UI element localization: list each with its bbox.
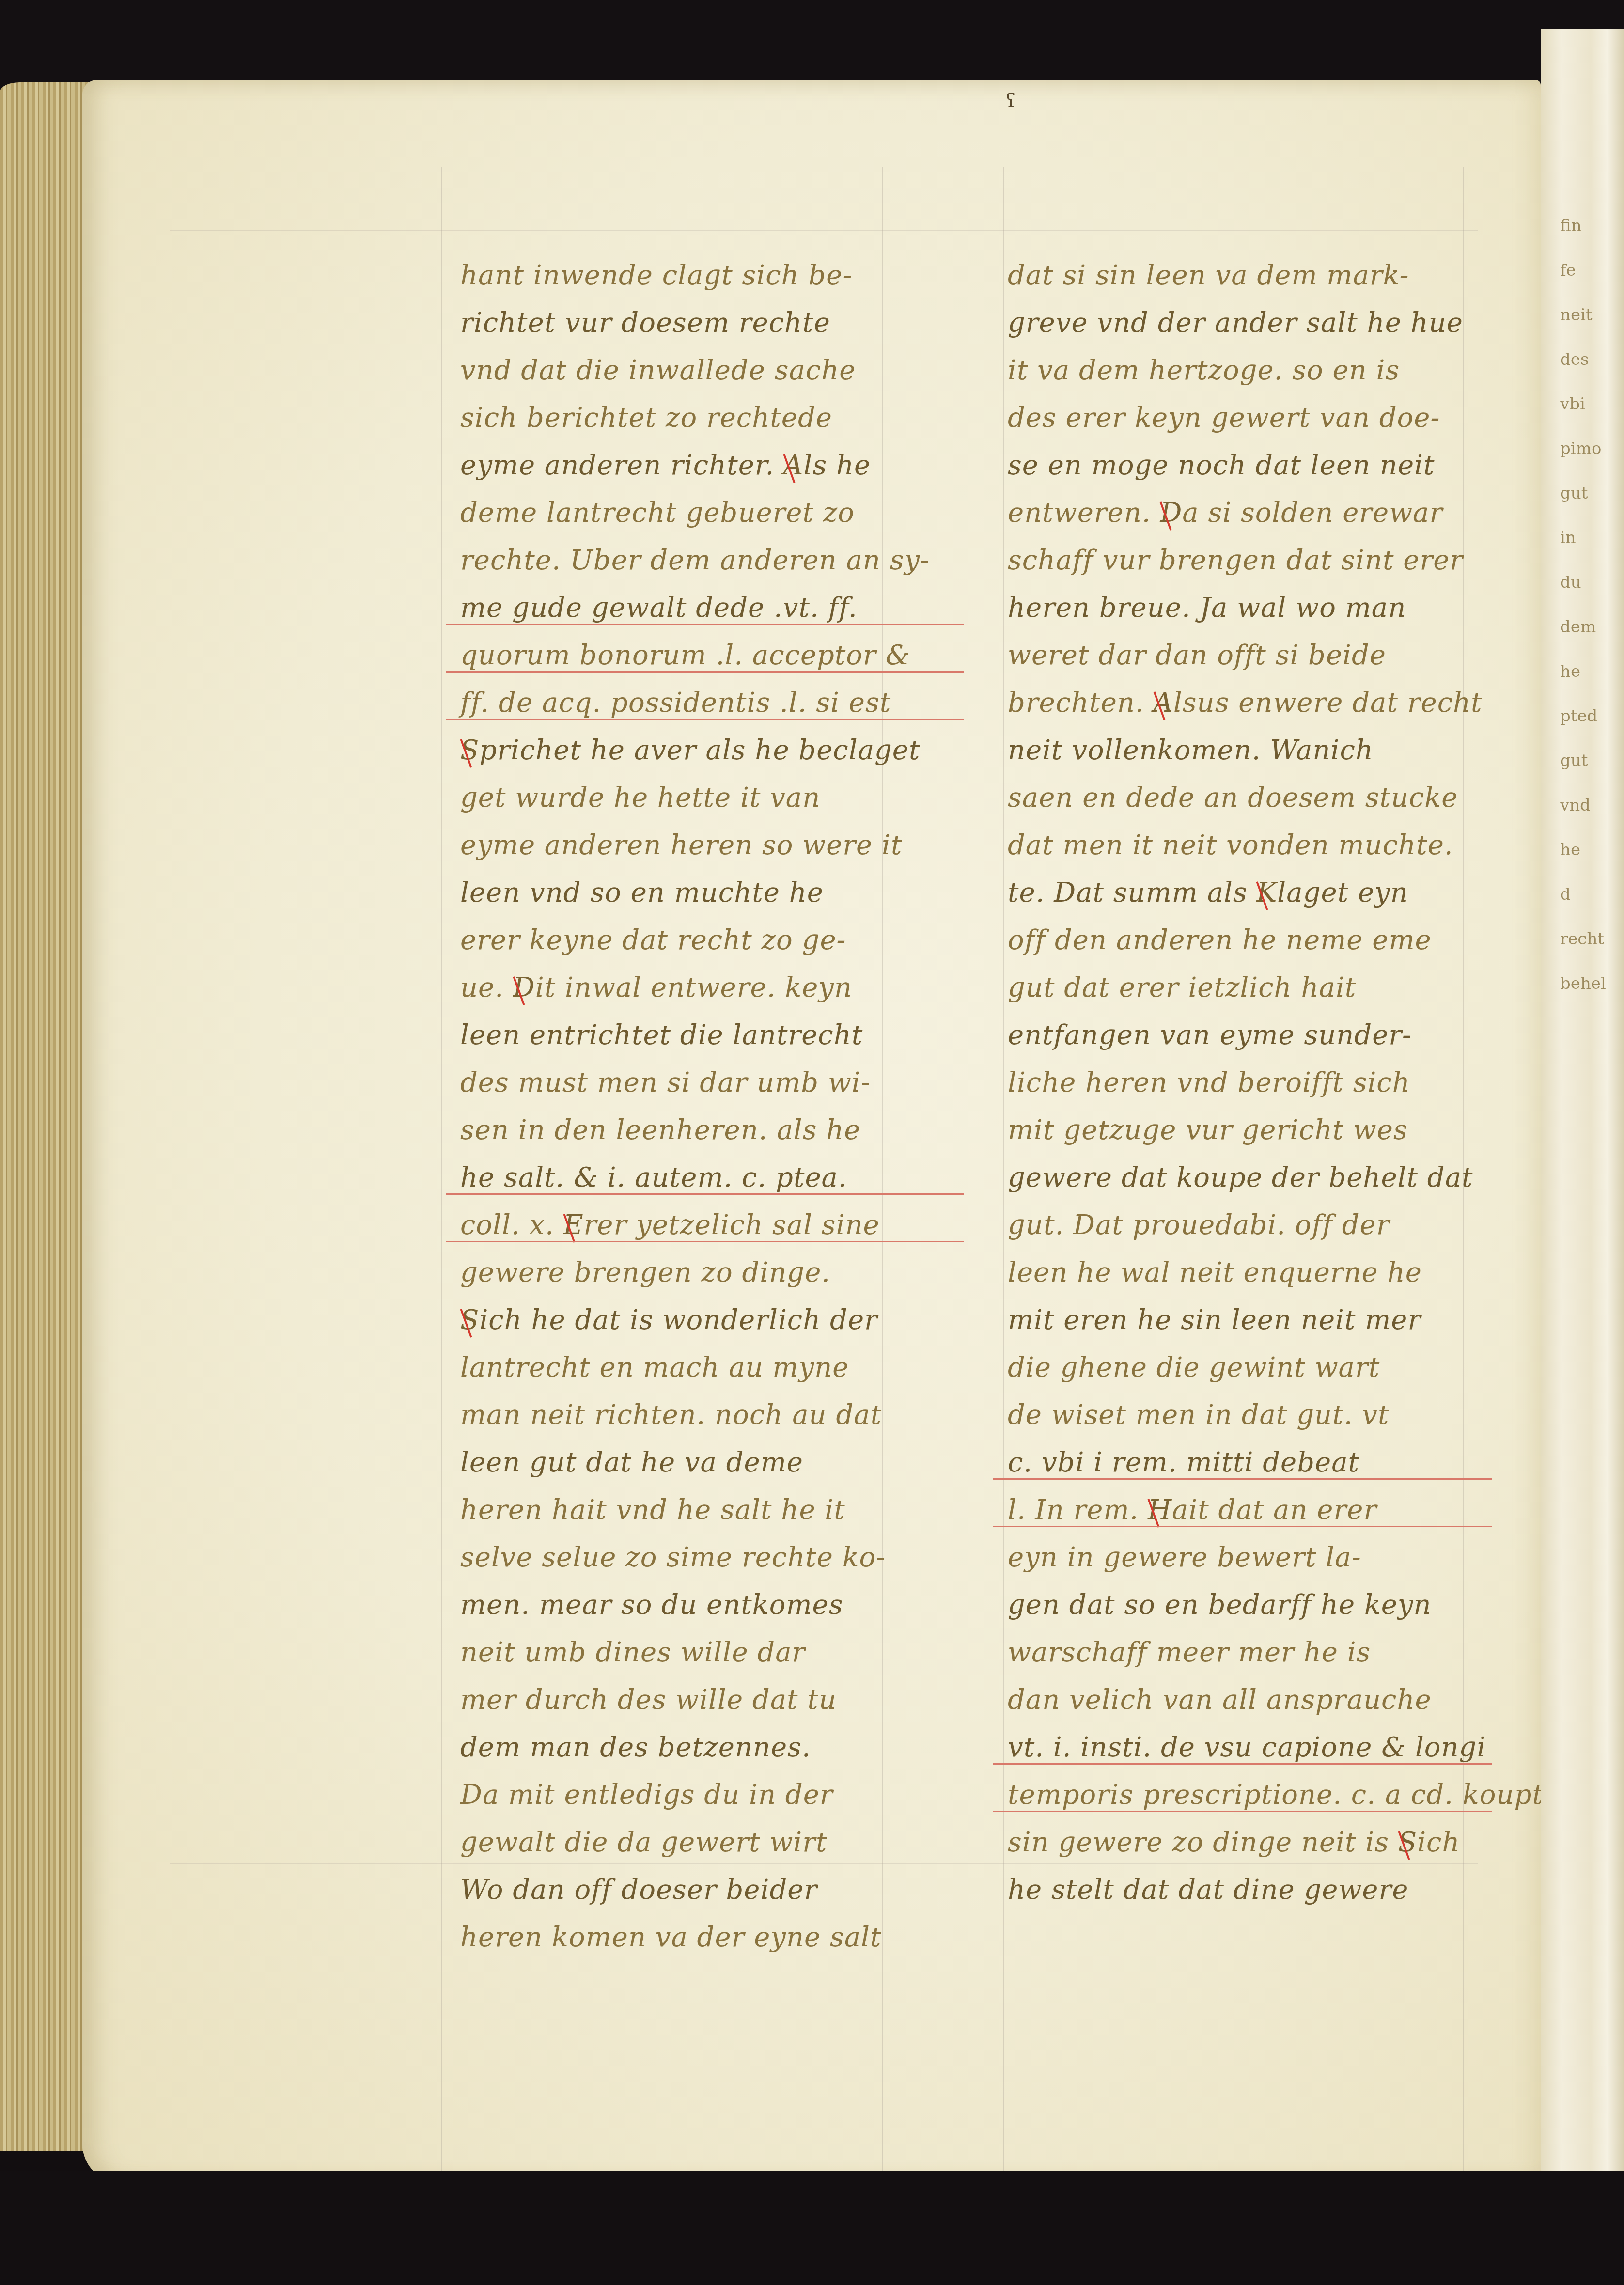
text-line: heren breue. Ja wal wo man [1008, 584, 1473, 632]
text-line: coll. x. Erer yetzelich sal sine [460, 1202, 945, 1249]
text-line: neit umb dines wille dar [460, 1629, 945, 1676]
text-line: sich berichtet zo rechtede [460, 394, 945, 442]
catchword-mark: ʕ [1005, 90, 1015, 112]
rubricated-initial: D [513, 972, 535, 1003]
text-line: gewalt die da gewert wirt [460, 1819, 945, 1866]
text-line: deme lantrecht gebueret zo [460, 489, 945, 537]
text-line: mit getzuge vur gericht wes [1008, 1107, 1473, 1154]
text-line: gut dat erer ietzlich hait [1008, 964, 1473, 1012]
text-line: entweren. Da si solden erewar [1008, 489, 1473, 537]
text-line: leen vnd so en muchte he [460, 869, 945, 917]
text-line: Da mit entledigs du in der [460, 1771, 945, 1819]
text-line: ue. Dit inwal entwere. keyn [460, 964, 945, 1012]
text-line: eyme anderen heren so were it [460, 822, 945, 869]
text-line: de wiset men in dat gut. vt [1008, 1392, 1473, 1439]
adjacent-leaf-word: vnd [1560, 783, 1594, 828]
text-line: te. Dat summ als Klaget eyn [1008, 869, 1473, 917]
adjacent-leaf-word: pted [1560, 694, 1594, 738]
text-column-right: dat si sin leen va dem mark-greve vnd de… [1008, 252, 1473, 1914]
text-line: gen dat so en bedarff he keyn [1008, 1581, 1473, 1629]
rubricated-initial: A [1154, 687, 1173, 719]
text-line: gewere brengen zo dinge. [460, 1249, 945, 1297]
rubricated-initial: H [1148, 1494, 1172, 1526]
text-line: saen en dede an doesem stucke [1008, 774, 1473, 822]
text-line: rechte. Uber dem anderen an sy- [460, 537, 945, 584]
text-line: dem man des betzennes. [460, 1724, 945, 1771]
adjacent-leaf-word: des [1560, 337, 1594, 382]
text-line: leen gut dat he va deme [460, 1439, 945, 1487]
text-line: man neit richten. noch au dat [460, 1392, 945, 1439]
text-column-left: hant inwende clagt sich be-richtet vur d… [460, 252, 945, 1961]
adjacent-leaf-word: fin fe [1560, 203, 1594, 293]
text-line: schaff vur brengen dat sint erer [1008, 537, 1473, 584]
text-line: get wurde he hette it van [460, 774, 945, 822]
text-line: temporis prescriptione. c. a cd. koupt [1008, 1771, 1473, 1819]
text-line: lantrecht en mach au myne [460, 1344, 945, 1392]
rubricated-initial: S [460, 1304, 479, 1336]
adjacent-leaf-word: gut [1560, 738, 1594, 783]
text-line: Wo dan off doeser beider [460, 1866, 945, 1914]
text-line: liche heren vnd beroifft sich [1008, 1059, 1473, 1107]
text-line: heren komen va der eyne salt [460, 1914, 945, 1961]
text-line: dat men it neit vonden muchte. [1008, 822, 1473, 869]
text-line: richtet vur doesem rechte [460, 299, 945, 347]
text-line: vnd dat die inwallede sache [460, 347, 945, 394]
text-line: entfangen van eyme sunder- [1008, 1012, 1473, 1059]
text-line: sin gewere zo dinge neit is Sich [1008, 1819, 1473, 1866]
text-line: gewere dat koupe der behelt dat [1008, 1154, 1473, 1202]
adjacent-leaf-word: neit [1560, 293, 1594, 337]
text-line: dan velich van all ansprauche [1008, 1676, 1473, 1724]
text-line: l. In rem. Hait dat an erer [1008, 1487, 1473, 1534]
text-line: die ghene die gewint wart [1008, 1344, 1473, 1392]
text-line: leen entrichtet die lantrecht [460, 1012, 945, 1059]
text-line: brechten. Alsus enwere dat recht [1008, 679, 1473, 727]
text-line: selve selue zo sime rechte ko- [460, 1534, 945, 1581]
text-line: mer durch des wille dat tu [460, 1676, 945, 1724]
text-line: quorum bonorum .l. acceptor & [460, 632, 945, 679]
adjacent-leaf-word: behel [1560, 961, 1594, 1006]
adjacent-leaf-word: in du [1560, 516, 1594, 605]
text-line: eyn in gewere bewert la- [1008, 1534, 1473, 1581]
text-line: sen in den leenheren. als he [460, 1107, 945, 1154]
text-line: des erer keyn gewert van doe- [1008, 394, 1473, 442]
text-line: c. vbi i rem. mitti debeat [1008, 1439, 1473, 1487]
text-line: warschaff meer mer he is [1008, 1629, 1473, 1676]
rubricated-initial: S [1398, 1827, 1417, 1858]
text-line: gut. Dat prouedabi. off der [1008, 1202, 1473, 1249]
text-line: he stelt dat dat dine gewere [1008, 1866, 1473, 1914]
adjacent-leaf-word: he d [1560, 828, 1594, 917]
rubricated-initial: S [460, 735, 479, 766]
text-line: dat si sin leen va dem mark- [1008, 252, 1473, 299]
text-line: erer keyne dat recht zo ge- [460, 917, 945, 964]
text-line: ff. de acq. possidentis .l. si est [460, 679, 945, 727]
rubricated-initial: E [563, 1209, 584, 1241]
text-line: off den anderen he neme eme [1008, 917, 1473, 964]
adjacent-leaf-text: fin feneitdesvbipimogutin dudemheptedgut… [1560, 203, 1594, 1006]
backdrop-bottom [0, 2171, 1624, 2285]
ruling-line [441, 167, 442, 2178]
text-line: it va dem hertzoge. so en is [1008, 347, 1473, 394]
text-line: leen he wal neit enquerne he [1008, 1249, 1473, 1297]
text-line: me gude gewalt dede .vt. ff. [460, 584, 945, 632]
text-line: greve vnd der ander salt he hue [1008, 299, 1473, 347]
text-line: neit vollenkomen. Wanich [1008, 727, 1473, 774]
text-line: heren hait vnd he salt he it [460, 1487, 945, 1534]
text-line: Sprichet he aver als he beclaget [460, 727, 945, 774]
adjacent-leaf-word: he [1560, 649, 1594, 694]
text-line: men. mear so du entkomes [460, 1581, 945, 1629]
ruling-line [1003, 167, 1004, 2178]
rubricated-initial: A [783, 450, 803, 481]
text-line: hant inwende clagt sich be- [460, 252, 945, 299]
text-line: des must men si dar umb wi- [460, 1059, 945, 1107]
adjacent-leaf-word: vbi [1560, 382, 1594, 426]
text-line: Sich he dat is wonderlich der [460, 1297, 945, 1344]
adjacent-leaf-word: dem [1560, 605, 1594, 649]
rubricated-initial: D [1160, 497, 1182, 529]
ruling-line [170, 230, 1478, 231]
text-line: vt. i. insti. de vsu capione & longi [1008, 1724, 1473, 1771]
text-line: weret dar dan offt si beide [1008, 632, 1473, 679]
adjacent-leaf-word: gut [1560, 471, 1594, 516]
text-line: eyme anderen richter. Als he [460, 442, 945, 489]
rubricated-initial: K [1256, 877, 1277, 908]
adjacent-leaf-word: recht [1560, 917, 1594, 961]
text-line: mit eren he sin leen neit mer [1008, 1297, 1473, 1344]
text-line: he salt. & i. autem. c. ptea. [460, 1154, 945, 1202]
text-line: se en moge noch dat leen neit [1008, 442, 1473, 489]
adjacent-leaf-word: pimo [1560, 426, 1594, 471]
